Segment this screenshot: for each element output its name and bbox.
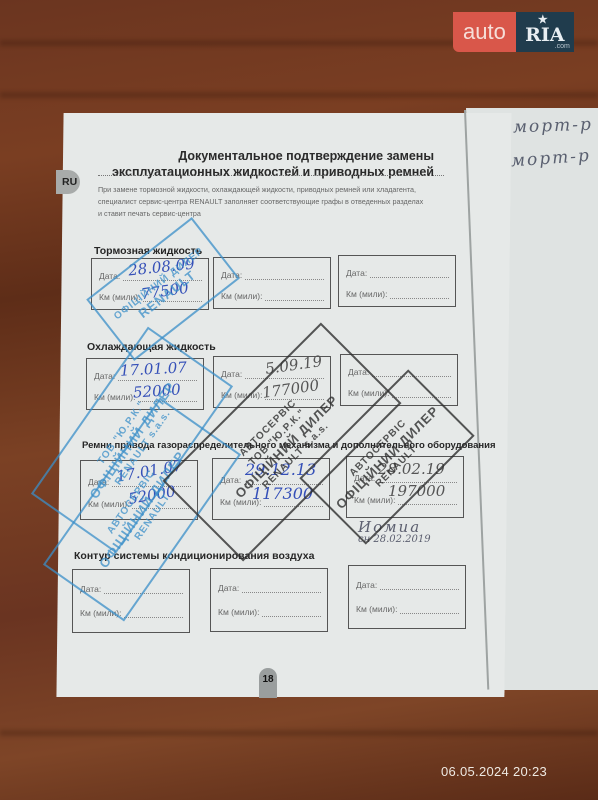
title-divider	[98, 175, 444, 176]
entry-box-ac-3: Дата: Км (мили):	[348, 565, 466, 629]
page-title-line-2: эксплуатационных жидкостей и приводных р…	[112, 164, 434, 180]
right-page-note-1: Аморт-р п	[498, 114, 598, 138]
photo-timestamp: 06.05.2024 20:23	[441, 764, 547, 779]
brand-ria: ★ RIA .com	[516, 12, 574, 52]
wood-grain	[0, 92, 598, 98]
entry-box-ac-2: Дата: Км (мили):	[210, 568, 328, 632]
wood-grain	[0, 730, 598, 736]
entry-box-brake-3: Дата: Км (мили):	[338, 255, 456, 307]
page-number: 18	[259, 668, 277, 698]
star-icon: ★	[538, 13, 548, 26]
intro-text: При замене тормозной жидкости, охлаждающ…	[98, 184, 428, 220]
autoria-watermark: auto ★ RIA .com	[453, 12, 574, 52]
language-tab: RU	[56, 170, 80, 194]
page-title-line-1: Документальное подтверждение замены	[178, 148, 434, 164]
brand-auto: auto	[453, 12, 516, 52]
